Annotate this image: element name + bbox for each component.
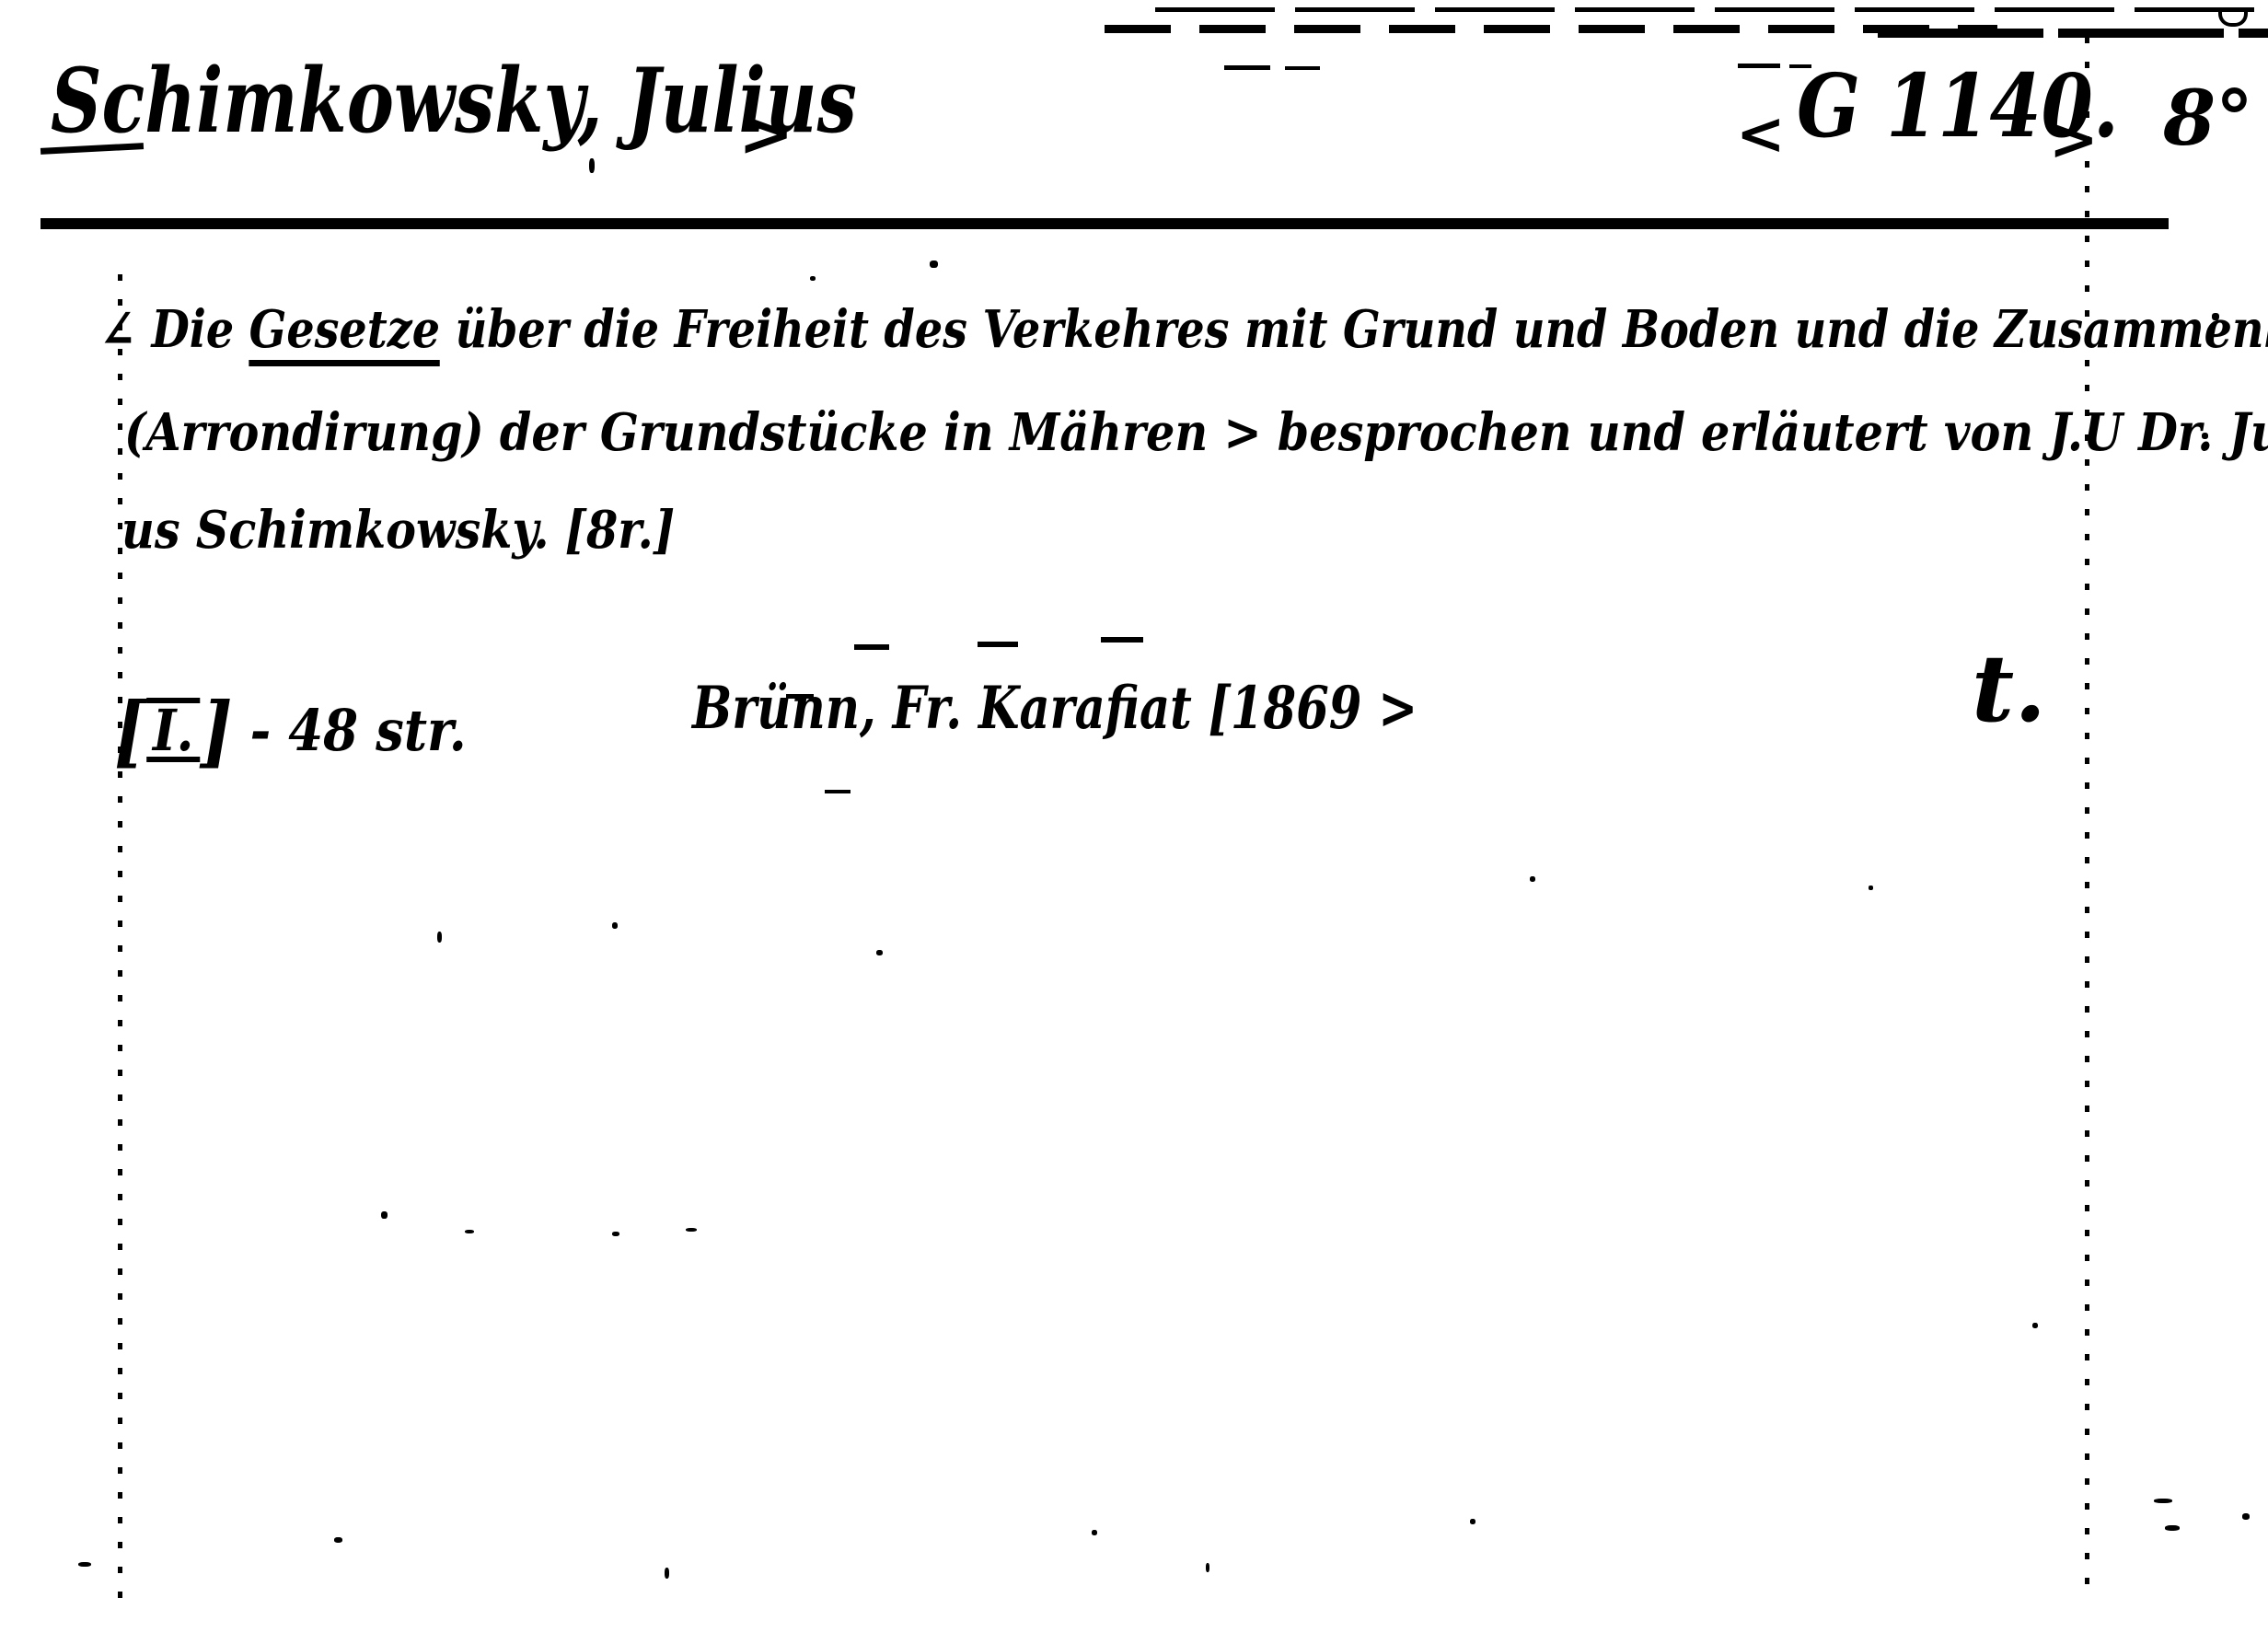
scan-speck <box>2032 1323 2038 1328</box>
scan-artifact-dash <box>1101 637 1143 643</box>
scan-artifact-dash <box>1224 65 1270 70</box>
shelfmark-close-mark: > <box>2049 110 2099 169</box>
scan-speck <box>810 276 816 281</box>
scan-speck <box>2212 313 2219 320</box>
scan-artifact-dash <box>978 642 1018 647</box>
scan-speck <box>1530 876 1535 882</box>
heading-author: Schimkowsky, Julius <box>51 57 857 145</box>
title-line1-rest: über die Freiheit des Verkehres mit Grun… <box>456 299 2268 360</box>
title-line-3: us Schimkowsky. [8r.] <box>121 504 675 556</box>
scan-artifact-squiggle <box>2218 9 2248 27</box>
catalog-card: Schimkowsky, Julius > < G 1140. > 8° ∠ D… <box>0 0 2268 1644</box>
left-margin-dotted-line <box>118 274 122 1606</box>
heading-insertion-mark: > <box>738 99 793 166</box>
scan-artifact-dash <box>825 790 850 793</box>
title-insertion-mark: ∠ <box>99 299 136 360</box>
scan-speck <box>876 950 883 955</box>
scan-speck <box>78 1562 91 1567</box>
scan-speck <box>1092 1530 1097 1535</box>
scan-speck <box>686 1228 697 1232</box>
scan-speck <box>2202 433 2208 439</box>
scan-speck <box>2154 1499 2172 1503</box>
imprint-statement: Brünn, Fr. Karafiat [1869 > <box>692 679 1417 738</box>
scan-artifact-line <box>1155 7 2268 12</box>
scan-speck <box>589 158 595 173</box>
collation-statement: [I.] - 48 str. <box>114 692 467 770</box>
scan-speck <box>930 260 938 268</box>
scan-speck <box>1206 1563 1209 1572</box>
scan-speck <box>465 1230 474 1233</box>
scan-artifact-dash <box>786 694 814 699</box>
collation-bracket-close: ] <box>201 685 233 776</box>
scan-speck <box>1470 1519 1475 1524</box>
scan-artifact-line <box>1878 29 2268 38</box>
format-statement: 8° <box>2163 81 2253 156</box>
title-line-2: (Arrondirung) der Grundstücke in Mähren … <box>124 407 2268 458</box>
scan-speck <box>612 922 618 929</box>
header-rule <box>40 218 2169 229</box>
librarian-mark: t. <box>1972 643 2046 735</box>
scan-artifact-line <box>1105 25 1997 33</box>
scan-speck <box>612 1232 619 1236</box>
title-line-1: ∠ Die Gesetze über die Freiheit des Verk… <box>99 304 2268 355</box>
shelfmark-code-wrap: G 1140. <box>1797 63 2176 150</box>
scan-speck <box>2242 1513 2250 1520</box>
scan-artifact-dash <box>854 644 889 650</box>
scan-speck <box>665 1568 669 1579</box>
heading-author-line: Schimkowsky, Julius <box>51 57 1059 145</box>
scan-speck <box>1869 886 1873 890</box>
collation-volume: I. <box>146 698 201 762</box>
scan-speck <box>437 932 442 943</box>
imprint-wrap: Brünn, Fr. Karafiat [1869 > <box>692 679 1599 738</box>
scan-speck <box>334 1537 342 1543</box>
collation-extent: - 48 str. <box>250 697 467 764</box>
right-margin-dotted-line <box>2085 37 2089 1588</box>
scan-artifact-dash <box>1738 64 1780 68</box>
scan-speck <box>2165 1525 2180 1531</box>
title-word-underlined: Gesetze <box>249 299 440 366</box>
collation-bracket-open: [ <box>114 685 146 776</box>
title-word-die: Die <box>151 299 234 360</box>
scan-speck <box>381 1211 388 1219</box>
shelfmark-open-mark: < <box>1736 105 1786 164</box>
scan-artifact-dash <box>1285 66 1320 70</box>
